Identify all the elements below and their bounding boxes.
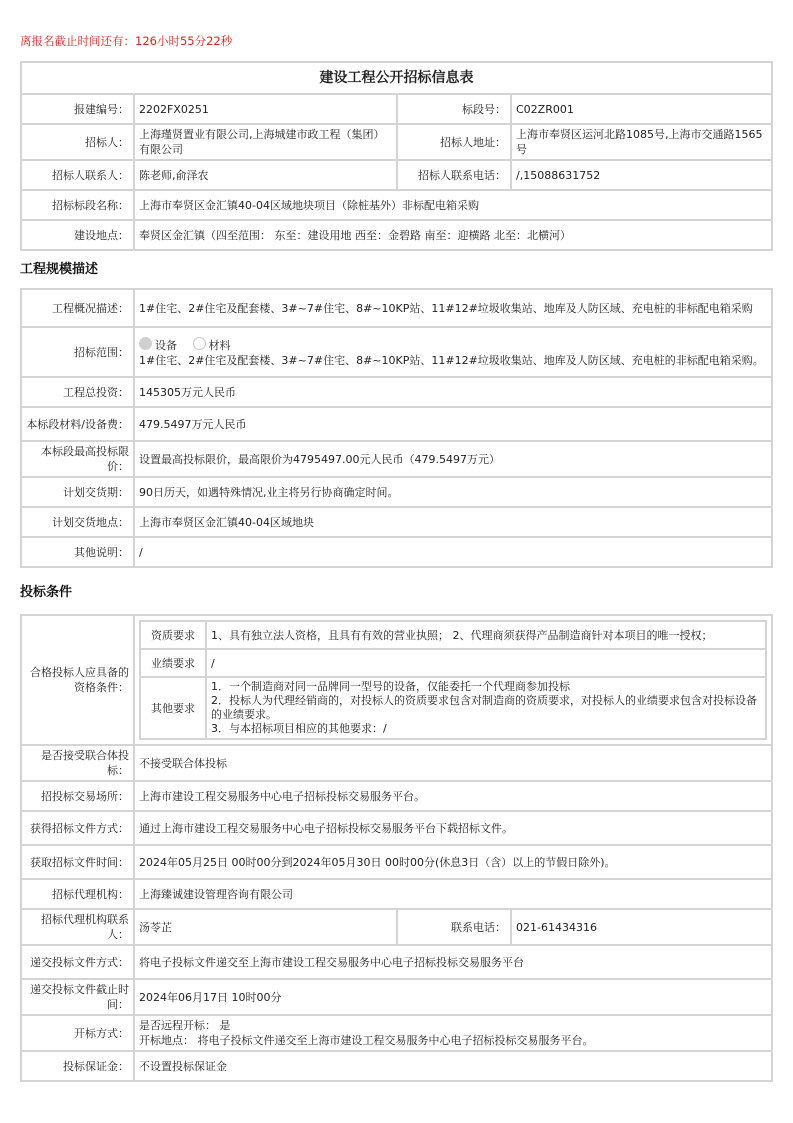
material-fee-value: 479.5497万元人民币 bbox=[134, 407, 772, 441]
other-req-line-1: 1．一个制造商对同一品牌同一型号的设备，仅能委托一个代理商参加投标 bbox=[211, 680, 761, 694]
venue-label: 招投标交易场所： bbox=[21, 781, 134, 811]
contact-label: 招标人联系人： bbox=[21, 160, 134, 190]
deposit-value: 不设置投标保证金 bbox=[134, 1051, 772, 1081]
material-fee-label: 本标段材料/设备费： bbox=[21, 407, 134, 441]
section-name-label: 招标标段名称： bbox=[21, 190, 134, 220]
scope-radio-material[interactable] bbox=[193, 337, 206, 350]
opening-place-value: 开标地点： 将电子投标文件递交至上海市建设工程交易服务中心电子招标投标交易服务平… bbox=[139, 1033, 767, 1048]
agency-phone-label: 联系电话： bbox=[397, 909, 511, 945]
agency-contact-label: 招标代理机构联系人： bbox=[21, 909, 134, 945]
section-name-value: 上海市奉贤区金汇镇40-04区域地块项目（除桩基外）非标配电箱采购 bbox=[134, 190, 772, 220]
overview-label: 工程概况描述： bbox=[21, 289, 134, 327]
section-heading-bid-conditions: 投标条件 bbox=[20, 581, 72, 600]
doc-method-value: 通过上海市建设工程交易服务中心电子招标投标交易服务平台下载招标文件。 bbox=[134, 811, 772, 845]
deposit-label: 投标保证金： bbox=[21, 1051, 134, 1081]
section-no-label: 标段号： bbox=[397, 94, 511, 124]
doc-method-label: 获得招标文件方式： bbox=[21, 811, 134, 845]
submit-method-label: 递交投标文件方式： bbox=[21, 945, 134, 979]
max-price-value: 设置最高投标限价，最高限价为4795497.00元人民币（479.5497万元） bbox=[134, 441, 772, 477]
delivery-place-label: 计划交货地点： bbox=[21, 507, 134, 537]
project-no-label: 报建编号： bbox=[21, 94, 134, 124]
agency-contact-value: 汤苓芷 bbox=[134, 909, 397, 945]
consortium-value: 不接受联合体投标 bbox=[134, 745, 772, 781]
tenderer-address-label: 招标人地址： bbox=[397, 124, 511, 160]
tenderer-address-value: 上海市奉贤区运河北路1085号,上海市交通路1565号 bbox=[511, 124, 772, 160]
project-no-value: 2202FX0251 bbox=[134, 94, 397, 124]
delivery-place-value: 上海市奉贤区金汇镇40-04区域地块 bbox=[134, 507, 772, 537]
submit-method-value: 将电子投标文件递交至上海市建设工程交易服务中心电子招标投标交易服务平台 bbox=[134, 945, 772, 979]
contact-value: 陈老师,俞泽农 bbox=[134, 160, 397, 190]
other-note-value: / bbox=[134, 537, 772, 567]
tenderer-label: 招标人： bbox=[21, 124, 134, 160]
page-title: 建设工程公开招标信息表 bbox=[21, 62, 772, 94]
contact-phone-value: /,15088631752 bbox=[511, 160, 772, 190]
contact-phone-label: 招标人联系电话： bbox=[397, 160, 511, 190]
scope-radio-equipment[interactable] bbox=[139, 337, 152, 350]
location-label: 建设地点： bbox=[21, 220, 134, 250]
scope-type-radio-group: 设备 材料 bbox=[139, 337, 767, 353]
basic-info-table: 建设工程公开招标信息表 报建编号： 2202FX0251 标段号： C02ZR0… bbox=[20, 61, 773, 251]
performance-req-label: 业绩要求 bbox=[140, 649, 206, 677]
delivery-period-label: 计划交货期： bbox=[21, 477, 134, 507]
agency-phone-value: 021-61434316 bbox=[511, 909, 772, 945]
scale-table: 工程概况描述： 1#住宅、2#住宅及配套楼、3#~7#住宅、8#~10KP站、1… bbox=[20, 288, 773, 568]
qualification-label: 合格投标人应具备的资格条件： bbox=[21, 615, 134, 745]
location-value: 奉贤区金汇镇（四至范围： 东至：建设用地 西至：金碧路 南至：迎横路 北至：北横… bbox=[134, 220, 772, 250]
max-price-label: 本标段最高投标限价： bbox=[21, 441, 134, 477]
agency-value: 上海臻诚建设管理咨询有限公司 bbox=[134, 879, 772, 909]
scope-value: 1#住宅、2#住宅及配套楼、3#~7#住宅、8#~10KP站、11#12#垃圾收… bbox=[139, 353, 767, 368]
section-no-value: C02ZR001 bbox=[511, 94, 772, 124]
doc-time-label: 获取招标文件时间： bbox=[21, 845, 134, 879]
bid-conditions-table: 合格投标人应具备的资格条件： 资质要求 1、具有独立法人资格，且具有有效的营业执… bbox=[20, 614, 773, 1082]
section-heading-scale: 工程规模描述 bbox=[20, 258, 98, 277]
registration-countdown: 离报名截止时间还有：126小时55分22秒 bbox=[20, 33, 232, 49]
agency-label: 招标代理机构： bbox=[21, 879, 134, 909]
total-investment-label: 工程总投资： bbox=[21, 377, 134, 407]
total-investment-value: 145305万元人民币 bbox=[134, 377, 772, 407]
other-req-line-2: 2．投标人为代理经销商的，对投标人的资质要求包含对制造商的资质要求，对投标人的业… bbox=[211, 694, 761, 722]
other-note-label: 其他说明： bbox=[21, 537, 134, 567]
qual-req-label: 资质要求 bbox=[140, 621, 206, 649]
other-req-line-3: 3．与本招标项目相应的其他要求：/ bbox=[211, 722, 761, 736]
performance-req-value: / bbox=[206, 649, 766, 677]
doc-time-value: 2024年05月25日 00时00分到2024年05月30日 00时00分(休息… bbox=[134, 845, 772, 879]
scope-label: 招标范围： bbox=[21, 327, 134, 377]
qualification-subtable: 资质要求 1、具有独立法人资格，且具有有效的营业执照； 2、代理商须获得产品制造… bbox=[139, 620, 767, 740]
consortium-label: 是否接受联合体投标： bbox=[21, 745, 134, 781]
opening-method-label: 开标方式： bbox=[21, 1015, 134, 1051]
qual-req-value: 1、具有独立法人资格，且具有有效的营业执照； 2、代理商须获得产品制造商针对本项… bbox=[206, 621, 766, 649]
tenderer-value: 上海瑾贤置业有限公司,上海城建市政工程（集团）有限公司 bbox=[134, 124, 397, 160]
submit-deadline-value: 2024年06月17日 10时00分 bbox=[134, 979, 772, 1015]
overview-value: 1#住宅、2#住宅及配套楼、3#~7#住宅、8#~10KP站、11#12#垃圾收… bbox=[134, 289, 772, 327]
venue-value: 上海市建设工程交易服务中心电子招标投标交易服务平台。 bbox=[134, 781, 772, 811]
opening-remote-value: 是否远程开标： 是 bbox=[139, 1018, 767, 1033]
delivery-period-value: 90日历天，如遇特殊情况,业主将另行协商确定时间。 bbox=[134, 477, 772, 507]
scope-radio-equipment-label: 设备 bbox=[155, 339, 177, 352]
submit-deadline-label: 递交投标文件截止时间： bbox=[21, 979, 134, 1015]
other-req-label: 其他要求 bbox=[140, 677, 206, 739]
scope-radio-material-label: 材料 bbox=[209, 339, 231, 352]
